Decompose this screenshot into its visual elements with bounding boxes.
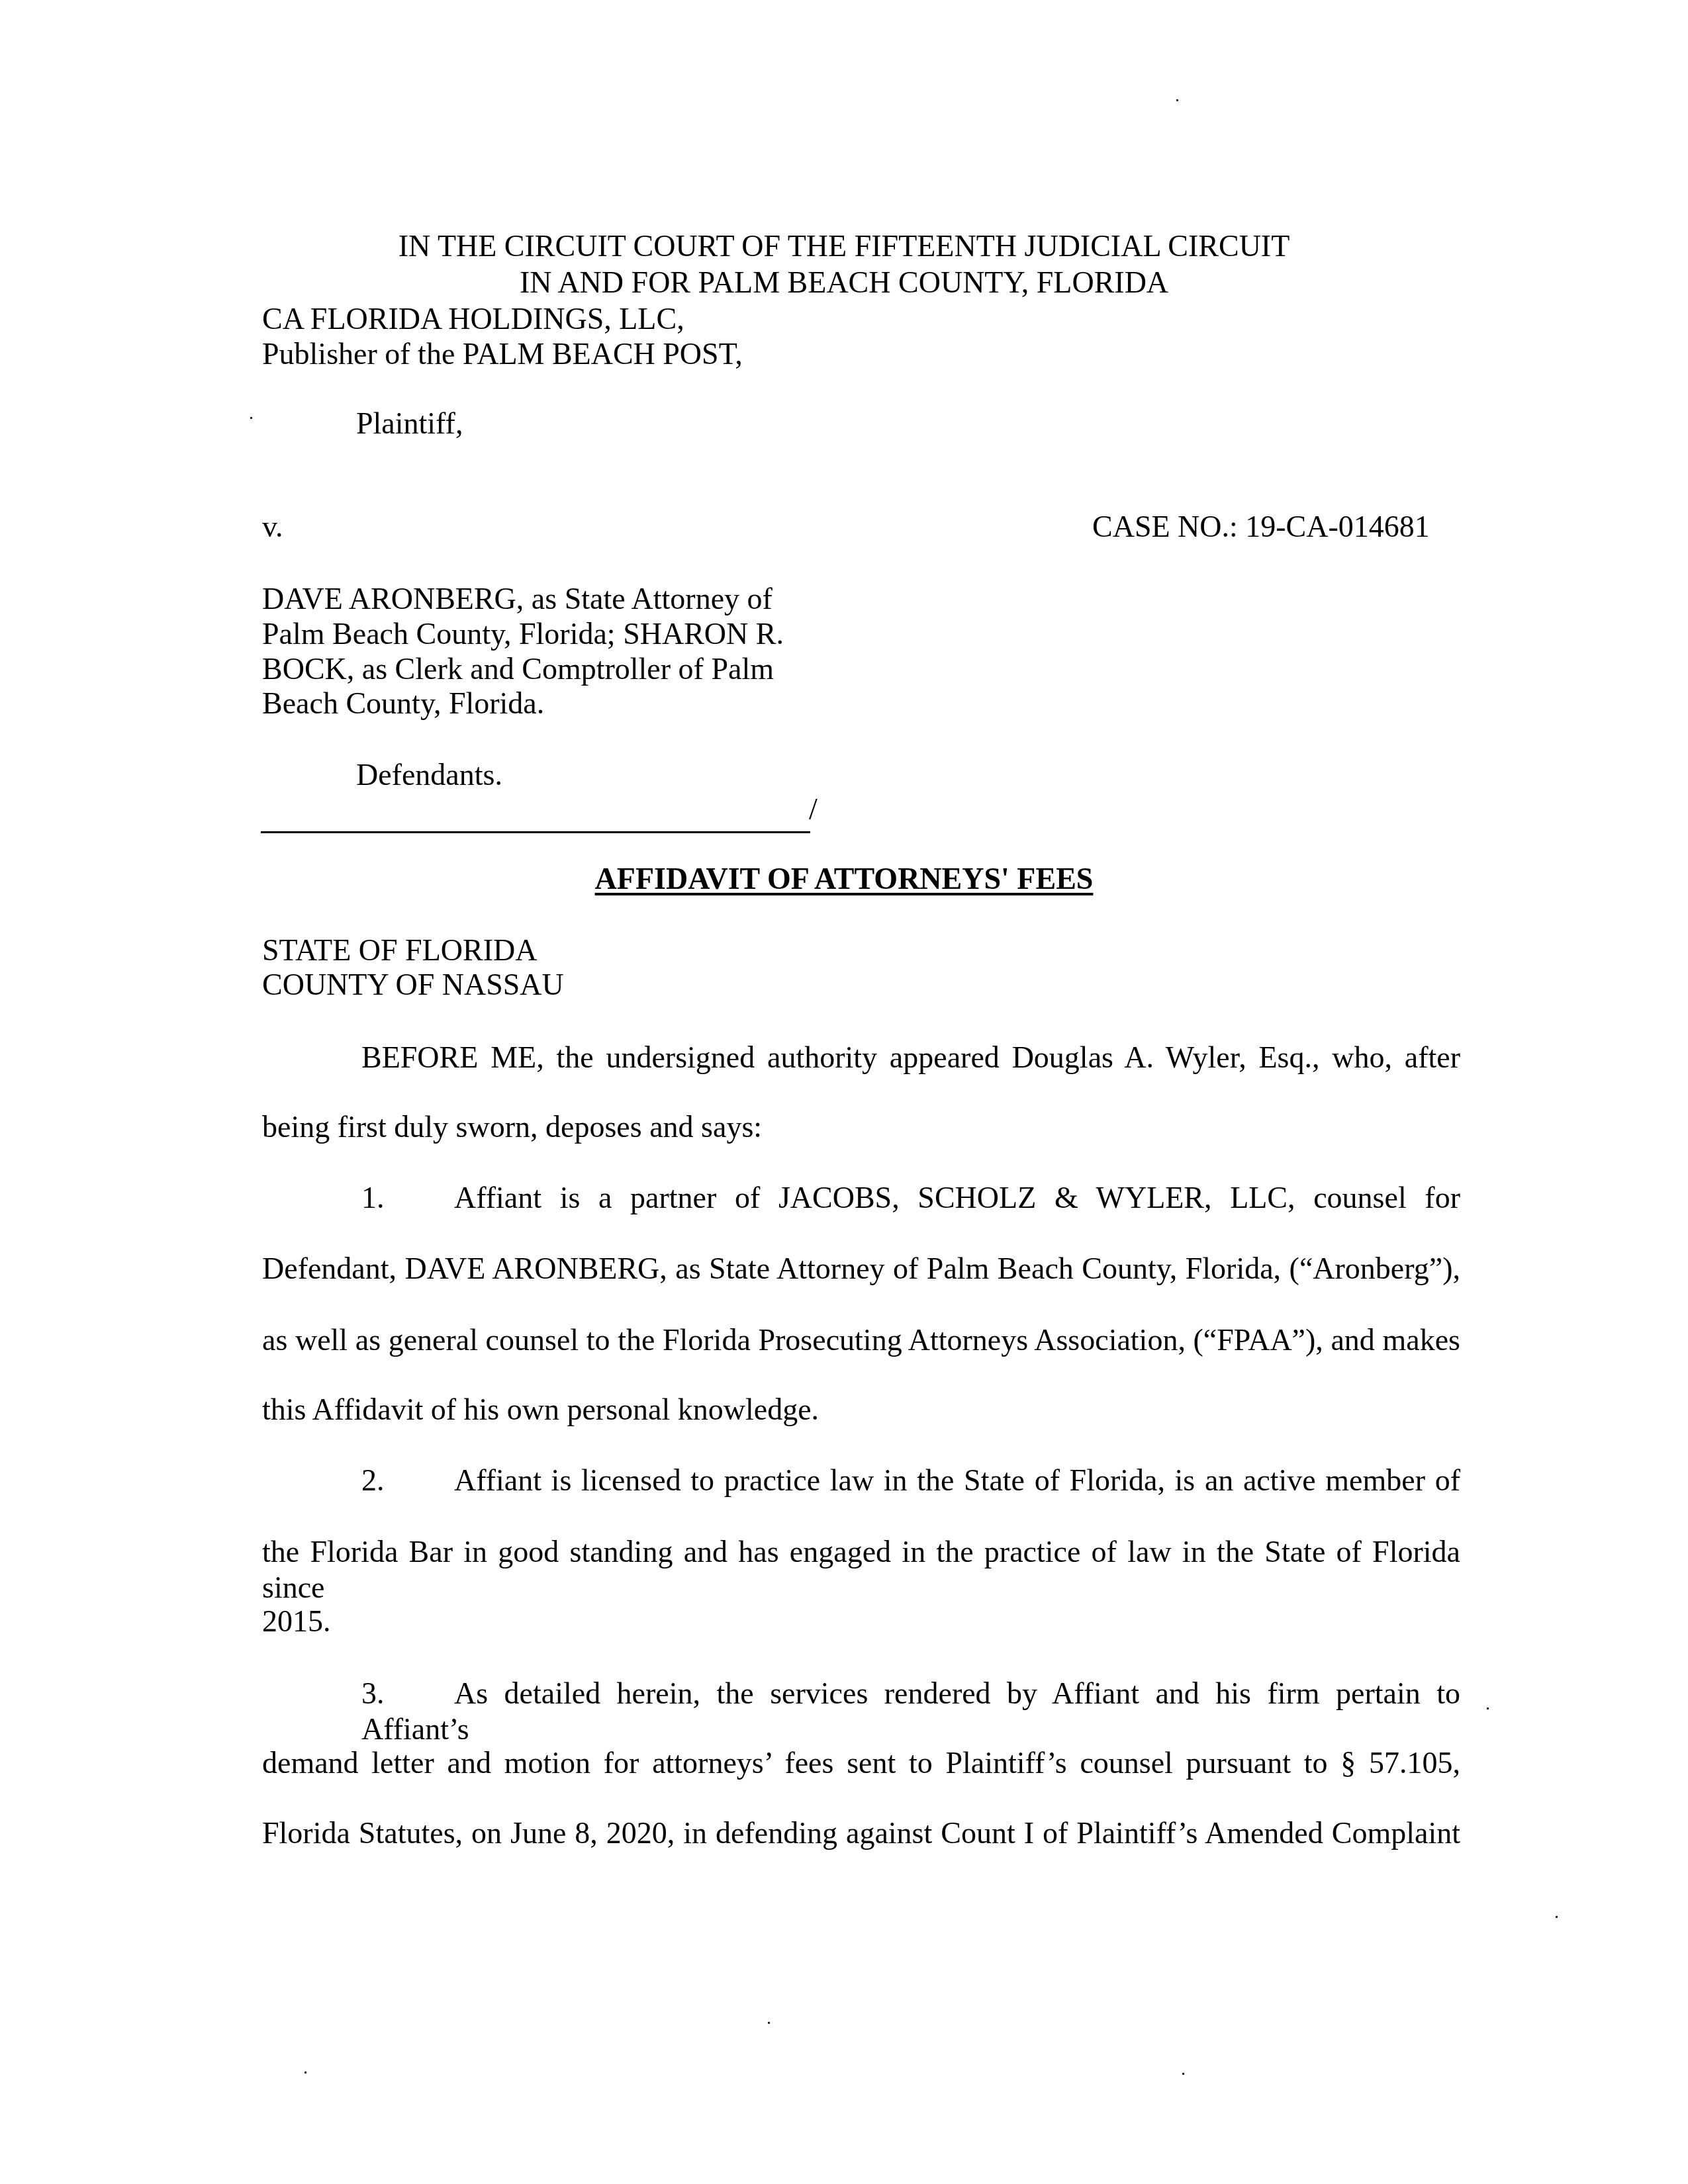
- case-number: CASE NO.: 19-CA-014681: [1092, 509, 1430, 545]
- scan-speck: [1556, 1916, 1558, 1918]
- court-header-line-1: IN THE CIRCUIT COURT OF THE FIFTEENTH JU…: [0, 228, 1688, 264]
- caption-rule: [261, 831, 810, 833]
- paragraph-3-line-1: 3.As detailed herein, the services rende…: [262, 1676, 1460, 1747]
- intro-line-2: being first duly sworn, deposes and says…: [262, 1109, 1460, 1145]
- defendant-line-2: Palm Beach County, Florida; SHARON R.: [262, 616, 784, 652]
- paragraph-3-line-2: demand letter and motion for attorneys’ …: [262, 1745, 1460, 1781]
- paragraph-1-line-4: this Affidavit of his own personal knowl…: [262, 1392, 1460, 1428]
- defendant-line-4: Beach County, Florida.: [262, 686, 544, 721]
- plaintiff-label: Plaintiff,: [356, 406, 463, 441]
- scan-speck: [1176, 99, 1178, 101]
- intro-line-1: BEFORE ME, the undersigned authority app…: [262, 1040, 1460, 1075]
- defendant-line-1: DAVE ARONBERG, as State Attorney of: [262, 581, 773, 617]
- paragraph-2-line-3: 2015.: [262, 1604, 1460, 1639]
- scan-speck: [1487, 1707, 1489, 1709]
- scan-speck: [768, 2022, 770, 2024]
- versus: v.: [262, 509, 283, 545]
- scan-speck: [1182, 2073, 1184, 2075]
- document-page: IN THE CIRCUIT COURT OF THE FIFTEENTH JU…: [0, 0, 1688, 2184]
- paragraph-1-number: 1.: [361, 1180, 454, 1216]
- defendant-line-3: BOCK, as Clerk and Comptroller of Palm: [262, 651, 774, 687]
- paragraph-2-number: 2.: [361, 1463, 454, 1498]
- plaintiff-name: CA FLORIDA HOLDINGS, LLC,: [262, 301, 684, 337]
- defendants-label: Defendants.: [356, 757, 502, 793]
- document-title: AFFIDAVIT OF ATTORNEYS' FEES: [0, 861, 1688, 897]
- paragraph-1-line-2: Defendant, DAVE ARONBERG, as State Attor…: [262, 1251, 1460, 1287]
- paragraph-1-line-3: as well as general counsel to the Florid…: [262, 1322, 1460, 1358]
- paragraph-1-line-1: 1.Affiant is a partner of JACOBS, SCHOLZ…: [262, 1180, 1460, 1216]
- paragraph-2-line-2: the Florida Bar in good standing and has…: [262, 1534, 1460, 1606]
- scan-speck: [250, 417, 252, 419]
- scan-speck: [305, 2071, 306, 2073]
- paragraph-2-line-1: 2.Affiant is licensed to practice law in…: [262, 1463, 1460, 1498]
- plaintiff-description: Publisher of the PALM BEACH POST,: [262, 336, 743, 372]
- venue-state: STATE OF FLORIDA: [262, 933, 537, 968]
- caption-rule-slash: /: [809, 792, 818, 827]
- venue-county: COUNTY OF NASSAU: [262, 967, 564, 1003]
- paragraph-3-number: 3.: [361, 1676, 454, 1711]
- paragraph-3-line-3: Florida Statutes, on June 8, 2020, in de…: [262, 1815, 1460, 1851]
- court-header-line-2: IN AND FOR PALM BEACH COUNTY, FLORIDA: [0, 265, 1688, 300]
